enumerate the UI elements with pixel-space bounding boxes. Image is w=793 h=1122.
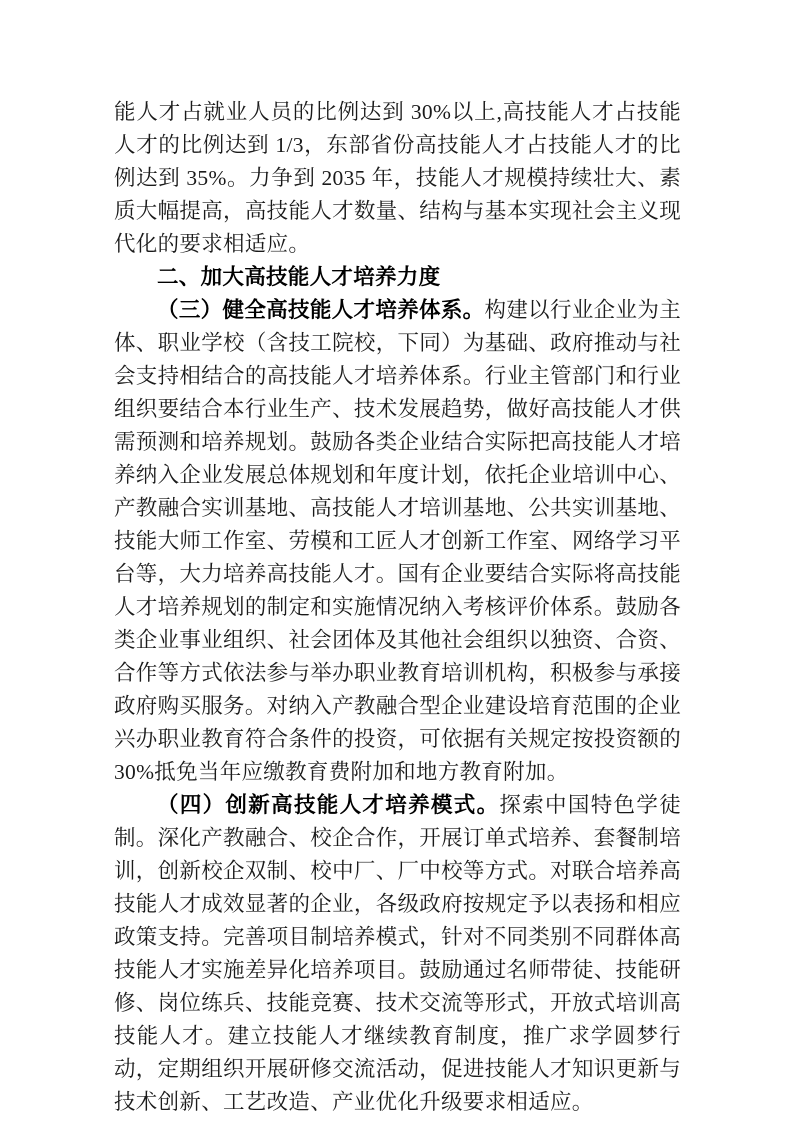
paragraph-item-3-lead: （三）健全高技能人才培养体系。 [157, 298, 485, 322]
section-heading-2: 二、加大高技能人才培养力度 [114, 261, 681, 294]
paragraph-item-3-text: 构建以行业企业为主体、职业学校（含技工院校，下同）为基础、政府推动与社会支持相结… [114, 298, 681, 784]
document-page: 能人才占就业人员的比例达到 30%以上,高技能人才占技能人才的比例达到 1/3，… [0, 0, 793, 1122]
paragraph-item-3: （三）健全高技能人才培养体系。构建以行业企业为主体、职业学校（含技工院校，下同）… [114, 294, 681, 789]
document-body: 能人才占就业人员的比例达到 30%以上,高技能人才占技能人才的比例达到 1/3，… [114, 96, 681, 1119]
paragraph-item-4: （四）创新高技能人才培养模式。探索中国特色学徒制。深化产教融合、校企合作，开展订… [114, 789, 681, 1119]
paragraph-item-4-lead: （四）创新高技能人才培养模式。 [157, 793, 499, 817]
paragraph-continuation: 能人才占就业人员的比例达到 30%以上,高技能人才占技能人才的比例达到 1/3，… [114, 96, 681, 261]
paragraph-item-4-text: 探索中国特色学徒制。深化产教融合、校企合作，开展订单式培养、套餐制培训，创新校企… [114, 793, 681, 1114]
